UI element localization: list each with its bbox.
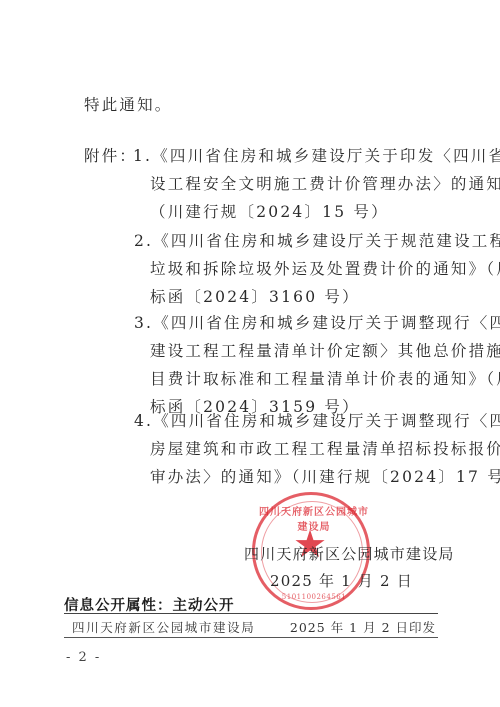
attachment-line: 1.《四川省住房和城乡建设厅关于印发〈四川省建: [133, 146, 500, 166]
attachments-label: 附件：: [84, 146, 137, 166]
signature-organization: 四川天府新区公园城市建设局: [244, 544, 455, 564]
seal-code: 5101100264561: [255, 593, 373, 601]
page-number: - 2 -: [66, 650, 101, 665]
attachment-line: 房屋建筑和市政工程工程量清单招标投标报价评: [150, 439, 500, 459]
attachment-line: 标函〔2024〕3160 号）: [150, 287, 360, 307]
attachment-line: （川建行规〔2024〕15 号）: [150, 202, 389, 222]
attachment-line: 4.《四川省住房和城乡建设厅关于调整现行〈四川省: [134, 411, 500, 431]
disclosure-attribute: 信息公开属性：主动公开: [64, 594, 235, 615]
divider-bottom: [64, 637, 438, 638]
closing-text: 特此通知。: [84, 95, 173, 115]
attachment-line: 设工程安全文明施工费计价管理办法〉的通知》: [150, 174, 500, 194]
divider-top: [64, 613, 438, 614]
attachment-line: 目费计取标准和工程量清单计价表的通知》（川建: [150, 369, 500, 389]
attachment-line: 建设工程工程量清单计价定额〉其他总价措施项: [150, 341, 500, 361]
footer-issuer: 四川天府新区公园城市建设局: [72, 618, 255, 636]
attachment-line: 2.《四川省住房和城乡建设厅关于规范建设工程建筑: [134, 231, 500, 251]
attachment-line: 3.《四川省住房和城乡建设厅关于调整现行〈四川省: [134, 313, 500, 333]
footer-issue-date: 2025 年 1 月 2 日印发: [290, 618, 436, 636]
signature-date: 2025 年 1 月 2 日: [270, 571, 413, 591]
attachment-line: 审办法〉的通知》（川建行规〔2024〕17 号）: [150, 467, 500, 487]
attachment-line: 垃圾和拆除垃圾外运及处置费计价的通知》（川建: [150, 259, 500, 279]
